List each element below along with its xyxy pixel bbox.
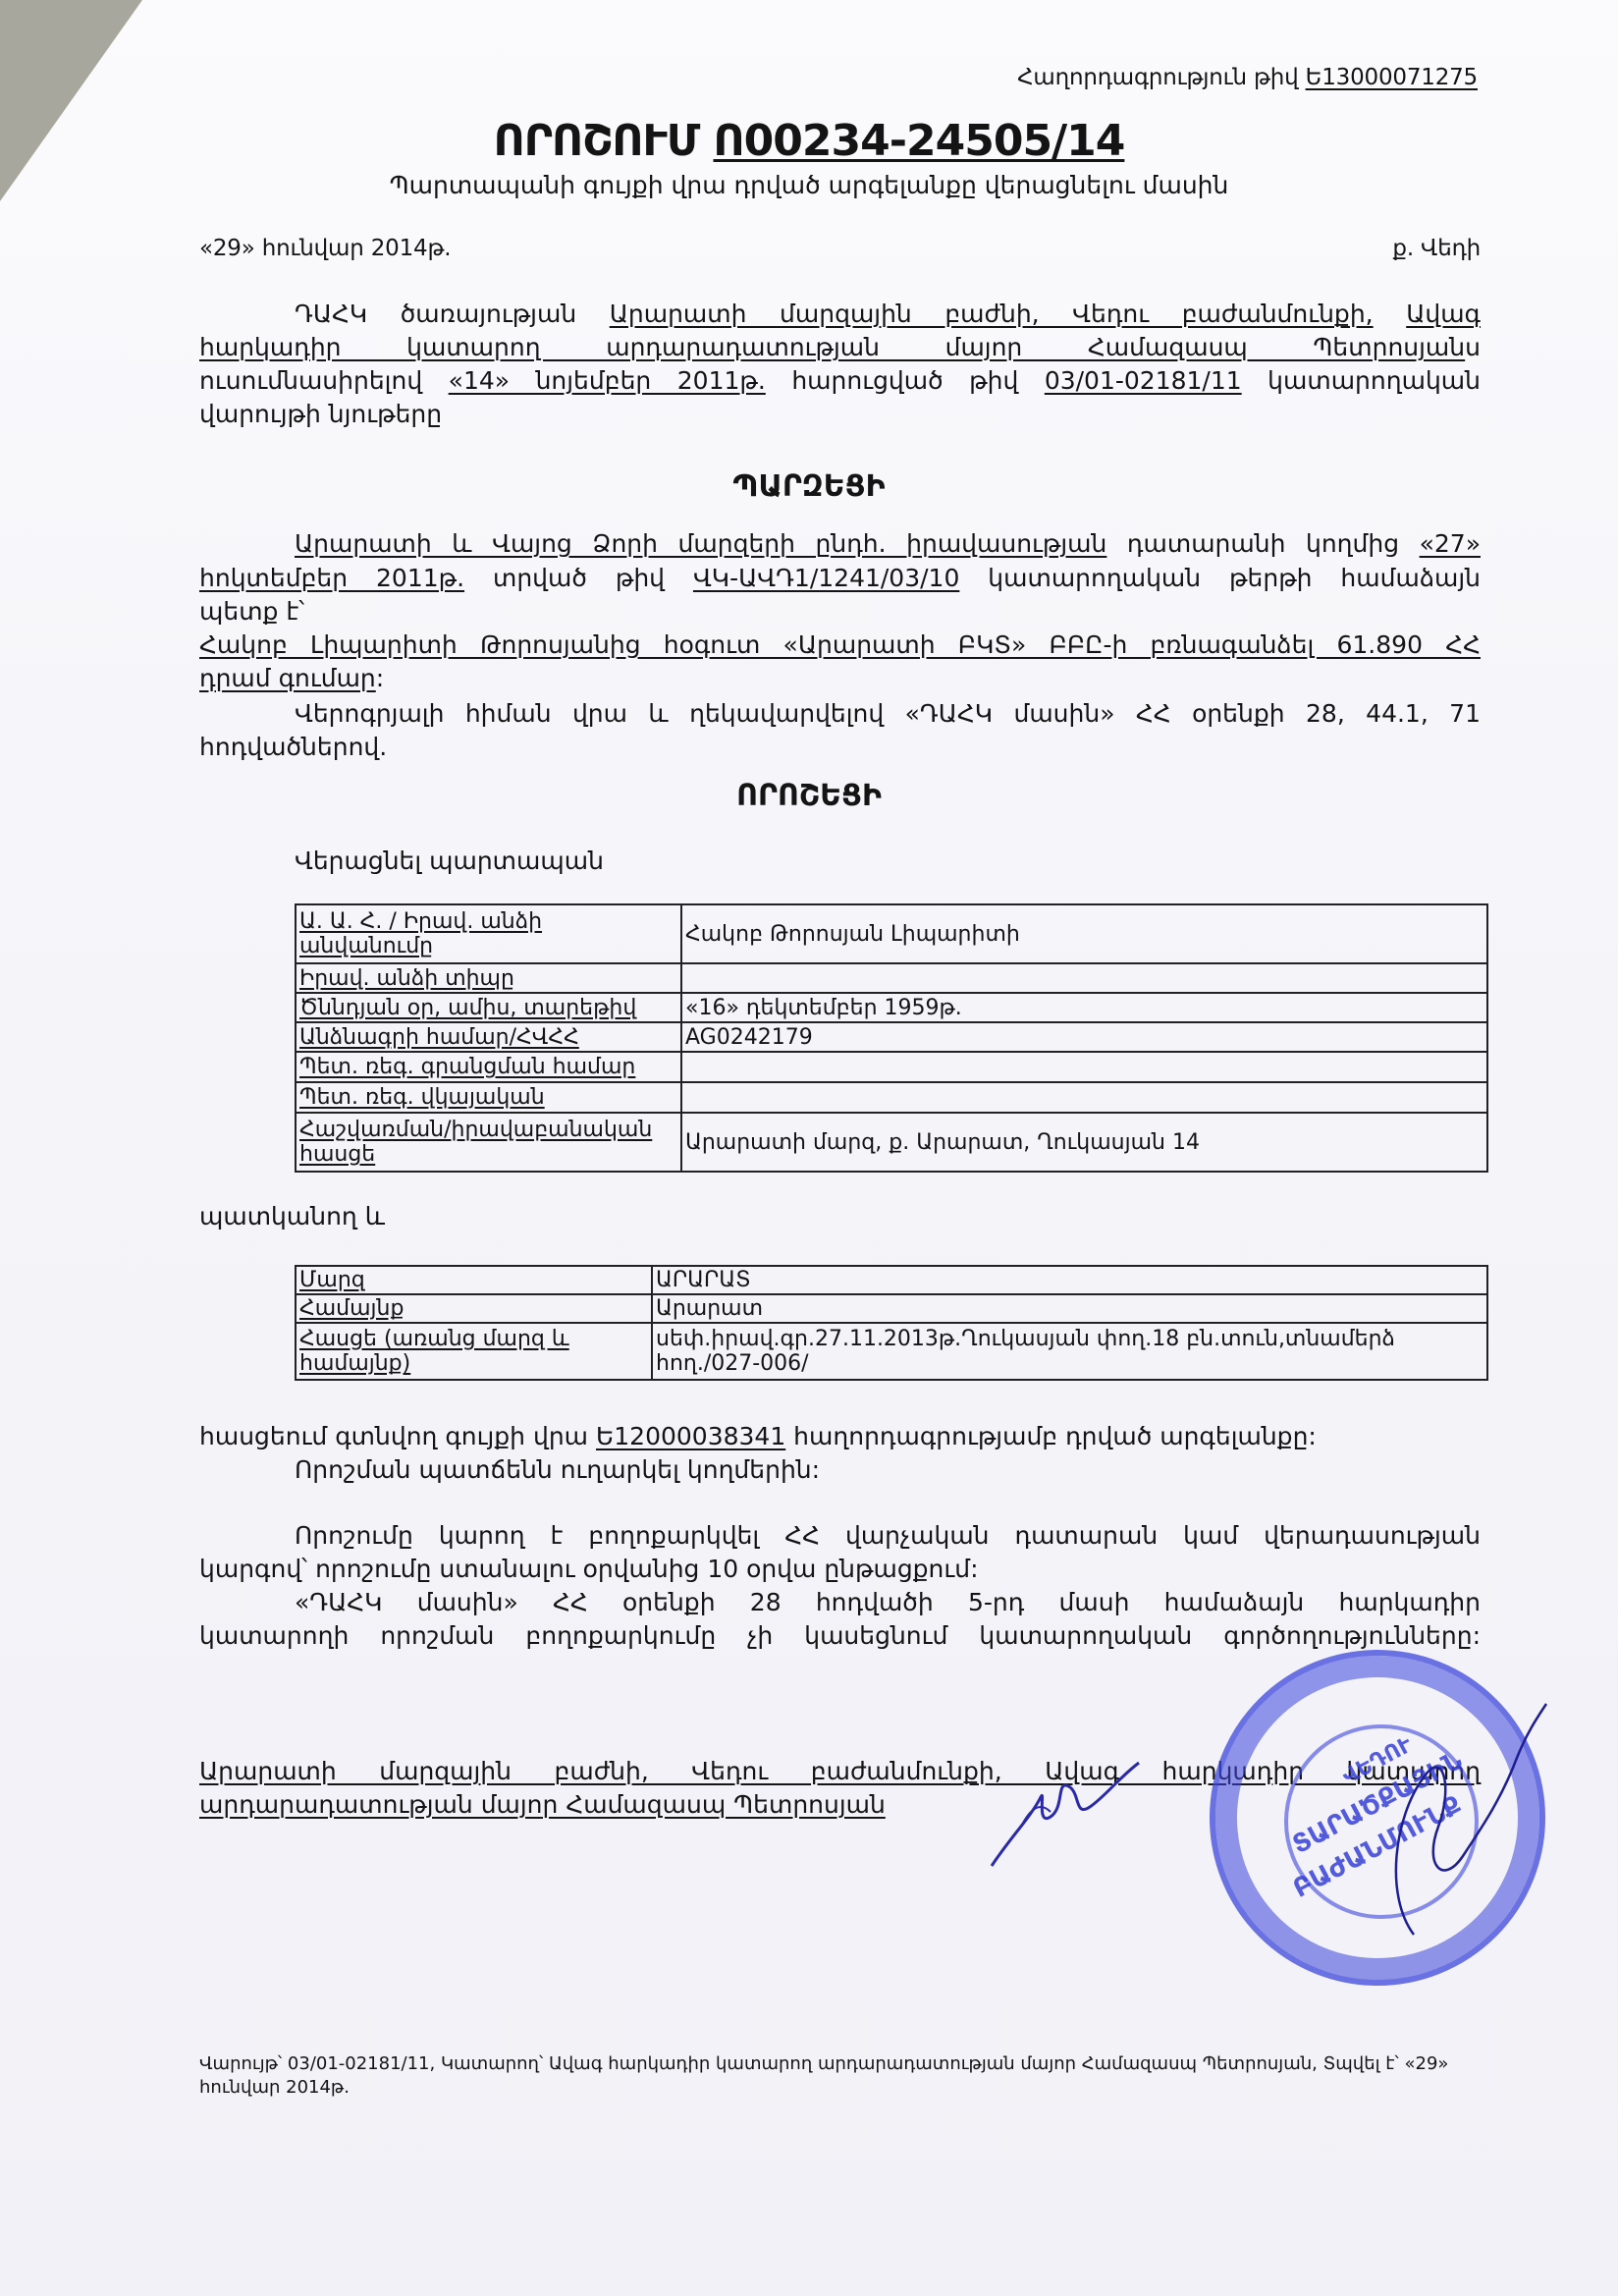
row-label: Ա. Ա. Հ. / Իրավ. անձի անվանումը <box>296 904 681 963</box>
found-text: դատարանի կողմից <box>1106 529 1419 558</box>
intro-suffix: ս <box>1465 333 1481 361</box>
row-value: AG0242179 <box>681 1022 1487 1052</box>
table-row: Մարզ ԱՐԱՐԱՏ <box>296 1266 1487 1294</box>
closing-line-1: հասցեում գտնվող գույքի վրա Ե12000038341 … <box>199 1420 1317 1452</box>
row-label: Հասցե (առանց մարզ և համայնք) <box>296 1323 652 1380</box>
spacer <box>1374 300 1407 328</box>
document-date: «29» հունվար 2014թ. <box>199 236 451 261</box>
intro-text: կատարողական <box>1242 366 1481 395</box>
arrest-message-number: Ե12000038341 <box>596 1422 785 1450</box>
row-value: Արարատ <box>652 1294 1487 1323</box>
title-number: Ո00234-24505/14 <box>714 116 1125 166</box>
found-line-7: հոդվածներով. <box>199 731 387 763</box>
row-value: Արարատի մարզ, ք. Արարատ, Ղուկասյան 14 <box>681 1113 1487 1172</box>
title-word: ՈՐՈՇՈՒՄ <box>494 116 714 166</box>
row-label: Պետ. ռեգ. վկայական <box>296 1082 681 1113</box>
closing-text: հաղորդագրությամբ դրված արգելանքը: <box>785 1422 1317 1450</box>
property-table: Մարզ ԱՐԱՐԱՏ Համայնք Արարատ Հասցե (առանց … <box>295 1265 1488 1381</box>
found-text: տրված թիվ <box>464 564 693 592</box>
row-value <box>681 1052 1487 1082</box>
heading-decided: ՈՐՈՇԵՑԻ <box>0 779 1618 813</box>
row-label: Մարզ <box>296 1266 652 1294</box>
closing-line-2: Որոշման պատճենն ուղարկել կողմերին: <box>295 1453 820 1486</box>
row-value <box>681 963 1487 993</box>
table-row: Հասցե (առանց մարզ և համայնք) սեփ.իրավ.գր… <box>296 1323 1487 1380</box>
writ-date: հոկտեմբեր 2011թ. <box>199 564 464 592</box>
intro-line-3: ուսումնասիրելով «14» նոյեմբեր 2011թ. հար… <box>199 364 1481 397</box>
row-label: Անձնագրի համար/ՀՎՀՀ <box>296 1022 681 1052</box>
document-city: ք. Վեդի <box>1392 236 1481 261</box>
closing-text: հասցեում գտնվող գույքի վրա <box>199 1422 596 1450</box>
row-value: ԱՐԱՐԱՏ <box>652 1266 1487 1294</box>
found-line-6: Վերոգրյալի հիման վրա և ղեկավարվելով «ԴԱՀ… <box>199 697 1481 730</box>
footer-note: Վարույթ՝ 03/01-02181/11, Կատարող՝ Ավագ հ… <box>199 2052 1485 2100</box>
amount-label: դրամ գումար <box>199 664 376 692</box>
department-name: Արարատի մարզային բաժնի, Վեդու բաժանմունք… <box>610 300 1374 328</box>
table-row: Հաշվառման/իրավաբանական հասցե Արարատի մար… <box>296 1113 1487 1172</box>
table-row: Համայնք Արարատ <box>296 1294 1487 1323</box>
row-label: Պետ. ռեգ. գրանցման համար <box>296 1052 681 1082</box>
subtitle: Պարտապանի գույքի վրա դրված արգելանքը վեր… <box>0 171 1618 199</box>
case-number: 03/01-02181/11 <box>1045 366 1242 395</box>
page-title: ՈՐՈՇՈՒՄ Ո00234-24505/14 <box>0 116 1618 166</box>
writ-number: ՎԿ-ԱՎԴ1/1241/03/10 <box>693 564 959 592</box>
table-row: Պետ. ռեգ. վկայական <box>296 1082 1487 1113</box>
row-value: «16» դեկտեմբեր 1959թ. <box>681 993 1487 1022</box>
remove-label: Վերացնել պարտապան <box>295 845 604 877</box>
row-value: Հակոբ Թորոսյան Լիպարիտի <box>681 904 1487 963</box>
debtor-table: Ա. Ա. Հ. / Իրավ. անձի անվանումը Հակոբ Թո… <box>295 903 1488 1173</box>
intro-text: հարուցված թիվ <box>766 366 1045 395</box>
initiation-date: «14» նոյեմբեր 2011թ. <box>449 366 766 395</box>
closing-line-4: կարգով՝ որոշումը ստանալու օրվանից 10 օրվ… <box>199 1553 979 1585</box>
intro-text: ԴԱՀԿ ծառայության <box>295 300 610 328</box>
message-reference-label: Հաղորդագրություն թիվ <box>1017 65 1305 90</box>
table-row: Ա. Ա. Հ. / Իրավ. անձի անվանումը Հակոբ Թո… <box>296 904 1487 963</box>
intro-text: ուսումնասիրելով <box>199 366 449 395</box>
message-reference-number: Ե13000071275 <box>1306 65 1478 90</box>
intro-line-1: ԴԱՀԿ ծառայության Արարատի մարզային բաժնի,… <box>199 298 1481 330</box>
signature-line-2: արդարադատության մայոր Համազասպ Պետրոսյան <box>199 1788 886 1821</box>
table-row: Իրավ. անձի տիպը <box>296 963 1487 993</box>
officer-name: հարկադիր կատարող արդարադատության մայոր Հ… <box>199 333 1465 361</box>
heading-found: ՊԱՐԶԵՑԻ <box>0 469 1618 504</box>
punctuation: : <box>376 664 384 692</box>
writ-day: «27» <box>1420 529 1481 558</box>
row-label: Ծննդյան օր, ամիս, տարեթիվ <box>296 993 681 1022</box>
table-row: Ծննդյան օր, ամիս, տարեթիվ «16» դեկտեմբեր… <box>296 993 1487 1022</box>
found-text: կատարողական թերթի համաձայն <box>959 564 1481 592</box>
row-value: սեփ.իրավ.գր.27.11.2013թ.Ղուկասյան փող.18… <box>652 1323 1487 1380</box>
closing-line-5: «ԴԱՀԿ մասին» ՀՀ օրենքի 28 հոդվածի 5-րդ մ… <box>199 1586 1481 1618</box>
message-reference: Հաղորդագրություն թիվ Ե13000071275 <box>1017 65 1478 90</box>
closing-line-3: Որոշումը կարող է բողոքարկվել ՀՀ վարչական… <box>199 1519 1481 1552</box>
row-label: Համայնք <box>296 1294 652 1323</box>
found-line-1: Արարատի և Վայոց Ձորի մարզերի ընդհ. իրավա… <box>199 527 1481 560</box>
row-label: Հաշվառման/իրավաբանական հասցե <box>296 1113 681 1172</box>
found-line-3: պետք է՝ <box>199 595 304 628</box>
closing-line-6: կատարողի որոշման բողոքարկումը չի կասեցնո… <box>199 1619 1481 1652</box>
row-label: Իրավ. անձի տիպը <box>296 963 681 993</box>
intro-line-2: հարկադիր կատարող արդարադատության մայոր Հ… <box>199 331 1481 363</box>
owner-label: պատկանող և <box>199 1200 385 1232</box>
table-row: Պետ. ռեգ. գրանցման համար <box>296 1052 1487 1082</box>
officer-rank: Ավագ <box>1406 300 1481 328</box>
court-name: Արարատի և Վայոց Ձորի մարզերի ընդհ. իրավա… <box>295 529 1106 558</box>
row-value <box>681 1082 1487 1113</box>
intro-line-4: վարույթի նյութերը <box>199 398 442 430</box>
found-line-2: հոկտեմբեր 2011թ. տրված թիվ ՎԿ-ԱՎԴ1/1241/… <box>199 562 1481 594</box>
stamp-signature <box>1355 1699 1551 1954</box>
table-row: Անձնագրի համար/ՀՎՀՀ AG0242179 <box>296 1022 1487 1052</box>
found-line-5: դրամ գումար: <box>199 662 384 694</box>
found-line-4: Հակոբ Լիպարիտի Թորոսյանից հօգուտ «Արարատ… <box>199 629 1481 661</box>
handwritten-signature <box>982 1758 1149 1876</box>
